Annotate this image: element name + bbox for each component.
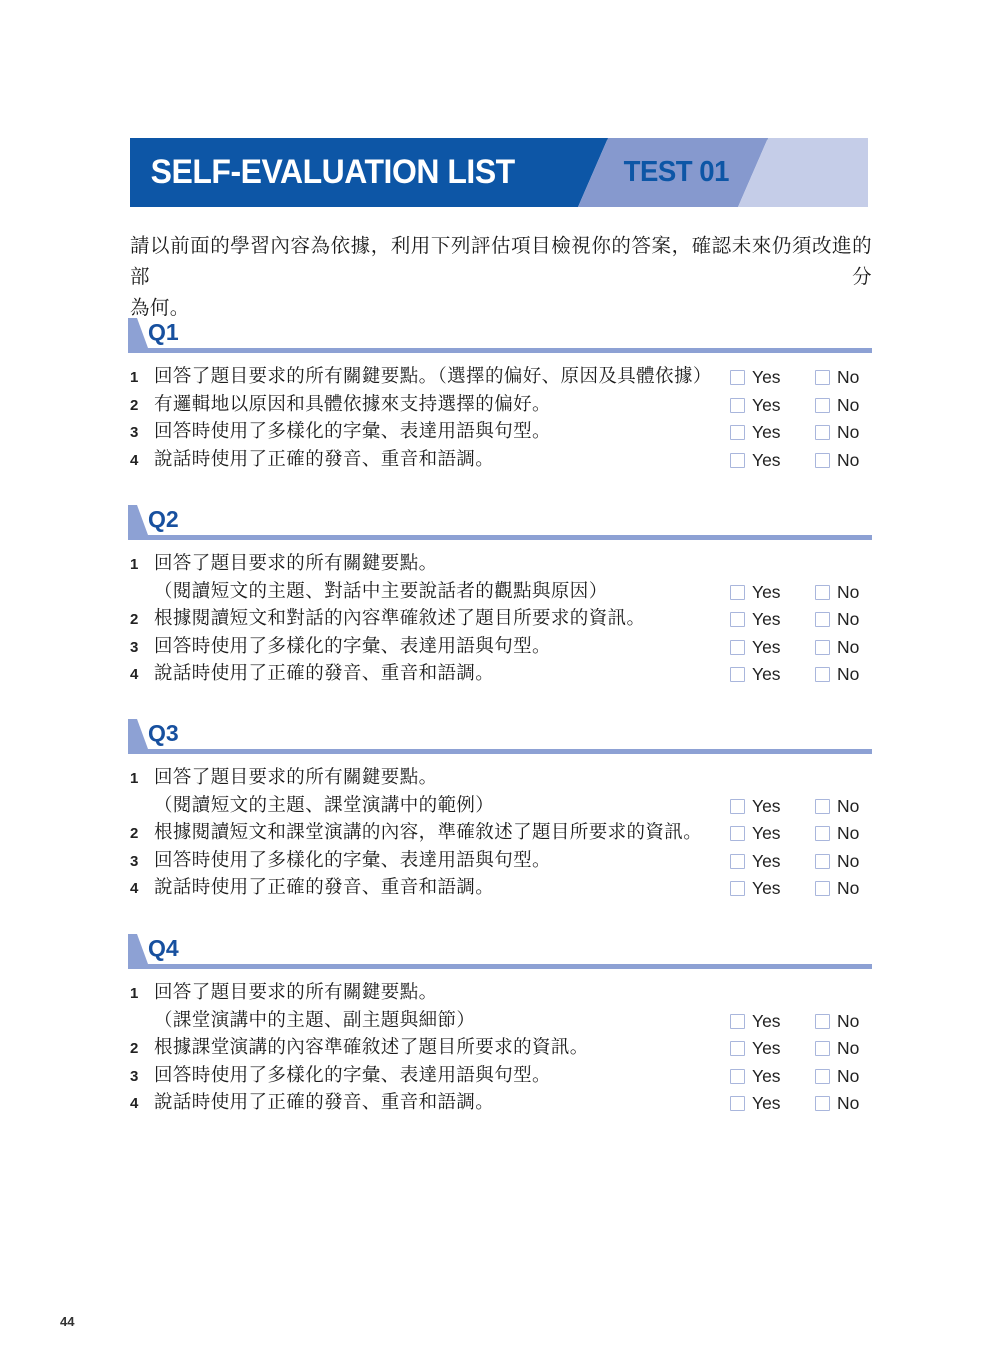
yes-label: Yes: [752, 609, 781, 630]
section-q2: Q2 1 回答了題目要求的所有關鍵要點。（閱讀短文的主題、對話中主要說話者的觀點…: [130, 505, 872, 689]
item-text: 有邏輯地以原因和具體依據來支持選擇的偏好。: [154, 392, 730, 420]
item-text: 根據課堂演講的內容準確敘述了題目所要求的資訊。: [154, 1035, 730, 1063]
no-label: No: [837, 609, 859, 630]
item-number: 2: [130, 1035, 154, 1063]
test-number-badge: TEST 01: [617, 156, 728, 189]
no-label: No: [837, 823, 859, 844]
yes-label: Yes: [752, 851, 781, 872]
no-checkbox[interactable]: [815, 1069, 830, 1084]
yes-checkbox[interactable]: [730, 398, 745, 413]
page-number: 44: [60, 1314, 74, 1329]
yes-option[interactable]: Yes: [730, 820, 815, 848]
no-option[interactable]: No: [815, 1090, 872, 1118]
yes-option[interactable]: Yes: [730, 1035, 815, 1063]
yes-label: Yes: [752, 878, 781, 899]
item-number: 2: [130, 392, 154, 420]
yes-checkbox[interactable]: [730, 612, 745, 627]
yes-option[interactable]: Yes: [730, 793, 815, 821]
no-checkbox[interactable]: [815, 667, 830, 682]
item-number: 3: [130, 634, 154, 662]
yes-option[interactable]: Yes: [730, 447, 815, 475]
item-number: 3: [130, 1063, 154, 1091]
no-checkbox[interactable]: [815, 1096, 830, 1111]
item-number: 4: [130, 447, 154, 475]
checklist-item: 2 根據閱讀短文和課堂演講的內容，準確敘述了題目所要求的資訊。 Yes No: [130, 820, 872, 848]
item-text-line2: （課堂演講中的主題、副主題與細節）: [154, 1008, 730, 1036]
no-option[interactable]: No: [815, 447, 872, 475]
yes-option[interactable]: Yes: [730, 606, 815, 634]
yes-label: Yes: [752, 395, 781, 416]
no-option[interactable]: No: [815, 364, 872, 392]
yes-checkbox[interactable]: [730, 799, 745, 814]
section-header: Q1: [130, 318, 872, 352]
item-text: 回答了題目要求的所有關鍵要點。（閱讀短文的主題、對話中主要說話者的觀點與原因）: [154, 551, 730, 606]
no-option[interactable]: No: [815, 419, 872, 447]
no-checkbox[interactable]: [815, 799, 830, 814]
banner-test-block: TEST 01: [578, 138, 768, 207]
no-label: No: [837, 637, 859, 658]
item-text: 回答了題目要求的所有關鍵要點。（閱讀短文的主題、課堂演講中的範例）: [154, 765, 730, 820]
section-header: Q2: [130, 505, 872, 539]
yes-checkbox[interactable]: [730, 1069, 745, 1084]
item-text: 根據閱讀短文和對話的內容準確敘述了題目所要求的資訊。: [154, 606, 730, 634]
no-option[interactable]: No: [815, 793, 872, 821]
no-option[interactable]: No: [815, 875, 872, 903]
checklist-item: 1 回答了題目要求的所有關鍵要點。（閱讀短文的主題、對話中主要說話者的觀點與原因…: [130, 551, 872, 606]
item-text: 回答時使用了多樣化的字彙、表達用語與句型。: [154, 1063, 730, 1091]
no-label: No: [837, 450, 859, 471]
no-label: No: [837, 1066, 859, 1087]
yes-label: Yes: [752, 422, 781, 443]
checklist: 1 回答了題目要求的所有關鍵要點。（課堂演講中的主題、副主題與細節） Yes N…: [130, 980, 872, 1118]
item-number: 4: [130, 875, 154, 903]
yes-checkbox[interactable]: [730, 667, 745, 682]
yes-label: Yes: [752, 796, 781, 817]
section-q3: Q3 1 回答了題目要求的所有關鍵要點。（閱讀短文的主題、課堂演講中的範例） Y…: [130, 719, 872, 903]
item-number: 1: [130, 980, 154, 1035]
no-checkbox[interactable]: [815, 425, 830, 440]
no-checkbox[interactable]: [815, 585, 830, 600]
item-number: 1: [130, 551, 154, 606]
yes-label: Yes: [752, 1038, 781, 1059]
yes-option[interactable]: Yes: [730, 1008, 815, 1036]
section-rule: [128, 535, 872, 540]
no-checkbox[interactable]: [815, 612, 830, 627]
checklist-item: 4 說話時使用了正確的發音、重音和語調。 Yes No: [130, 875, 872, 903]
no-label: No: [837, 395, 859, 416]
no-option[interactable]: No: [815, 579, 872, 607]
yes-checkbox[interactable]: [730, 854, 745, 869]
checklist-item: 3 回答時使用了多樣化的字彙、表達用語與句型。 Yes No: [130, 419, 872, 447]
no-label: No: [837, 367, 859, 388]
yes-checkbox[interactable]: [730, 585, 745, 600]
no-label: No: [837, 1011, 859, 1032]
no-option[interactable]: No: [815, 820, 872, 848]
section-marker-icon: [128, 934, 148, 964]
no-option[interactable]: No: [815, 1008, 872, 1036]
item-number: 3: [130, 848, 154, 876]
banner-title-block: SELF-EVALUATION LIST: [130, 138, 608, 207]
no-option[interactable]: No: [815, 1035, 872, 1063]
section-title: Q4: [148, 935, 179, 962]
yes-option[interactable]: Yes: [730, 1090, 815, 1118]
yes-option[interactable]: Yes: [730, 875, 815, 903]
no-option[interactable]: No: [815, 848, 872, 876]
checklist-item: 2 有邏輯地以原因和具體依據來支持選擇的偏好。 Yes No: [130, 392, 872, 420]
no-option[interactable]: No: [815, 606, 872, 634]
no-label: No: [837, 796, 859, 817]
yes-option[interactable]: Yes: [730, 364, 815, 392]
item-number: 4: [130, 661, 154, 689]
no-checkbox[interactable]: [815, 640, 830, 655]
yes-checkbox[interactable]: [730, 881, 745, 896]
no-checkbox[interactable]: [815, 398, 830, 413]
no-label: No: [837, 851, 859, 872]
section-rule: [128, 348, 872, 353]
no-label: No: [837, 1093, 859, 1114]
item-text: 說話時使用了正確的發音、重音和語調。: [154, 447, 730, 475]
section-marker-icon: [128, 505, 148, 535]
yes-checkbox[interactable]: [730, 640, 745, 655]
no-label: No: [837, 1038, 859, 1059]
checklist-item: 3 回答時使用了多樣化的字彙、表達用語與句型。 Yes No: [130, 634, 872, 662]
item-text-line2: （閱讀短文的主題、對話中主要說話者的觀點與原因）: [154, 579, 730, 607]
yes-label: Yes: [752, 823, 781, 844]
no-checkbox[interactable]: [815, 370, 830, 385]
yes-checkbox[interactable]: [730, 1041, 745, 1056]
checklist-item: 2 根據閱讀短文和對話的內容準確敘述了題目所要求的資訊。 Yes No: [130, 606, 872, 634]
header-banner: SELF-EVALUATION LIST TEST 01: [130, 138, 868, 207]
yes-checkbox[interactable]: [730, 1014, 745, 1029]
item-number: 3: [130, 419, 154, 447]
item-text: 說話時使用了正確的發音、重音和語調。: [154, 661, 730, 689]
no-checkbox[interactable]: [815, 854, 830, 869]
yes-label: Yes: [752, 582, 781, 603]
no-label: No: [837, 422, 859, 443]
yes-option[interactable]: Yes: [730, 392, 815, 420]
no-label: No: [837, 664, 859, 685]
section-marker-icon: [128, 318, 148, 348]
item-text: 回答時使用了多樣化的字彙、表達用語與句型。: [154, 848, 730, 876]
item-text: 回答了題目要求的所有關鍵要點。（課堂演講中的主題、副主題與細節）: [154, 980, 730, 1035]
no-option[interactable]: No: [815, 634, 872, 662]
yes-option[interactable]: Yes: [730, 579, 815, 607]
yes-checkbox[interactable]: [730, 453, 745, 468]
yes-label: Yes: [752, 367, 781, 388]
checklist-item: 1 回答了題目要求的所有關鍵要點。（閱讀短文的主題、課堂演講中的範例） Yes …: [130, 765, 872, 820]
intro-line-1: 請以前面的學習內容為依據，利用下列評估項目檢視你的答案，確認未來仍須改進的部分: [130, 231, 872, 293]
checklist: 1 回答了題目要求的所有關鍵要點。（閱讀短文的主題、課堂演講中的範例） Yes …: [130, 765, 872, 903]
checklist-item: 3 回答時使用了多樣化的字彙、表達用語與句型。 Yes No: [130, 1063, 872, 1091]
item-number: 2: [130, 820, 154, 848]
yes-option[interactable]: Yes: [730, 634, 815, 662]
no-checkbox[interactable]: [815, 453, 830, 468]
no-label: No: [837, 878, 859, 899]
intro-paragraph: 請以前面的學習內容為依據，利用下列評估項目檢視你的答案，確認未來仍須改進的部分 …: [130, 231, 872, 324]
checklist-item: 1 回答了題目要求的所有關鍵要點。（課堂演講中的主題、副主題與細節） Yes N…: [130, 980, 872, 1035]
no-checkbox[interactable]: [815, 826, 830, 841]
page-title: SELF-EVALUATION LIST: [130, 153, 515, 192]
item-text: 回答時使用了多樣化的字彙、表達用語與句型。: [154, 419, 730, 447]
yes-checkbox[interactable]: [730, 826, 745, 841]
no-option[interactable]: No: [815, 661, 872, 689]
item-text-line1: 回答了題目要求的所有關鍵要點。: [154, 768, 438, 788]
yes-option[interactable]: Yes: [730, 661, 815, 689]
no-checkbox[interactable]: [815, 881, 830, 896]
yes-option[interactable]: Yes: [730, 1063, 815, 1091]
item-number: 2: [130, 606, 154, 634]
section-header: Q3: [130, 719, 872, 753]
item-text-line2: （閱讀短文的主題、課堂演講中的範例）: [154, 793, 730, 821]
item-number: 1: [130, 765, 154, 820]
item-text: 說話時使用了正確的發音、重音和語調。: [154, 1090, 730, 1118]
section-q1: Q1 1 回答了題目要求的所有關鍵要點。（選擇的偏好、原因及具體依據） Yes …: [130, 318, 872, 474]
yes-label: Yes: [752, 450, 781, 471]
section-title: Q1: [148, 319, 179, 346]
section-rule: [128, 964, 872, 969]
item-text: 回答了題目要求的所有關鍵要點。（選擇的偏好、原因及具體依據）: [154, 364, 730, 392]
item-text: 回答時使用了多樣化的字彙、表達用語與句型。: [154, 634, 730, 662]
checklist-item: 3 回答時使用了多樣化的字彙、表達用語與句型。 Yes No: [130, 848, 872, 876]
yes-checkbox[interactable]: [730, 370, 745, 385]
item-number: 1: [130, 364, 154, 392]
section-marker-icon: [128, 719, 148, 749]
yes-label: Yes: [752, 637, 781, 658]
yes-option[interactable]: Yes: [730, 848, 815, 876]
item-text: 根據閱讀短文和課堂演講的內容，準確敘述了題目所要求的資訊。: [154, 820, 730, 848]
checklist: 1 回答了題目要求的所有關鍵要點。（選擇的偏好、原因及具體依據） Yes No …: [130, 364, 872, 474]
section-title: Q3: [148, 720, 179, 747]
checklist-item: 2 根據課堂演講的內容準確敘述了題目所要求的資訊。 Yes No: [130, 1035, 872, 1063]
checklist-item: 4 說話時使用了正確的發音、重音和語調。 Yes No: [130, 447, 872, 475]
no-label: No: [837, 582, 859, 603]
book-page: SELF-EVALUATION LIST TEST 01 請以前面的學習內容為依…: [0, 0, 1000, 1368]
checklist: 1 回答了題目要求的所有關鍵要點。（閱讀短文的主題、對話中主要說話者的觀點與原因…: [130, 551, 872, 689]
yes-checkbox[interactable]: [730, 1096, 745, 1111]
section-rule: [128, 749, 872, 754]
yes-checkbox[interactable]: [730, 425, 745, 440]
checklist-item: 4 說話時使用了正確的發音、重音和語調。 Yes No: [130, 661, 872, 689]
no-option[interactable]: No: [815, 392, 872, 420]
no-checkbox[interactable]: [815, 1041, 830, 1056]
yes-option[interactable]: Yes: [730, 419, 815, 447]
item-number: 4: [130, 1090, 154, 1118]
no-checkbox[interactable]: [815, 1014, 830, 1029]
section-q4: Q4 1 回答了題目要求的所有關鍵要點。（課堂演講中的主題、副主題與細節） Ye…: [130, 934, 872, 1118]
yes-label: Yes: [752, 1066, 781, 1087]
no-option[interactable]: No: [815, 1063, 872, 1091]
yes-label: Yes: [752, 664, 781, 685]
item-text: 說話時使用了正確的發音、重音和語調。: [154, 875, 730, 903]
item-text-line1: 回答了題目要求的所有關鍵要點。: [154, 554, 438, 574]
yes-label: Yes: [752, 1093, 781, 1114]
yes-label: Yes: [752, 1011, 781, 1032]
section-header: Q4: [130, 934, 872, 968]
checklist-item: 1 回答了題目要求的所有關鍵要點。（選擇的偏好、原因及具體依據） Yes No: [130, 364, 872, 392]
section-title: Q2: [148, 506, 179, 533]
checklist-item: 4 說話時使用了正確的發音、重音和語調。 Yes No: [130, 1090, 872, 1118]
item-text-line1: 回答了題目要求的所有關鍵要點。: [154, 983, 438, 1003]
